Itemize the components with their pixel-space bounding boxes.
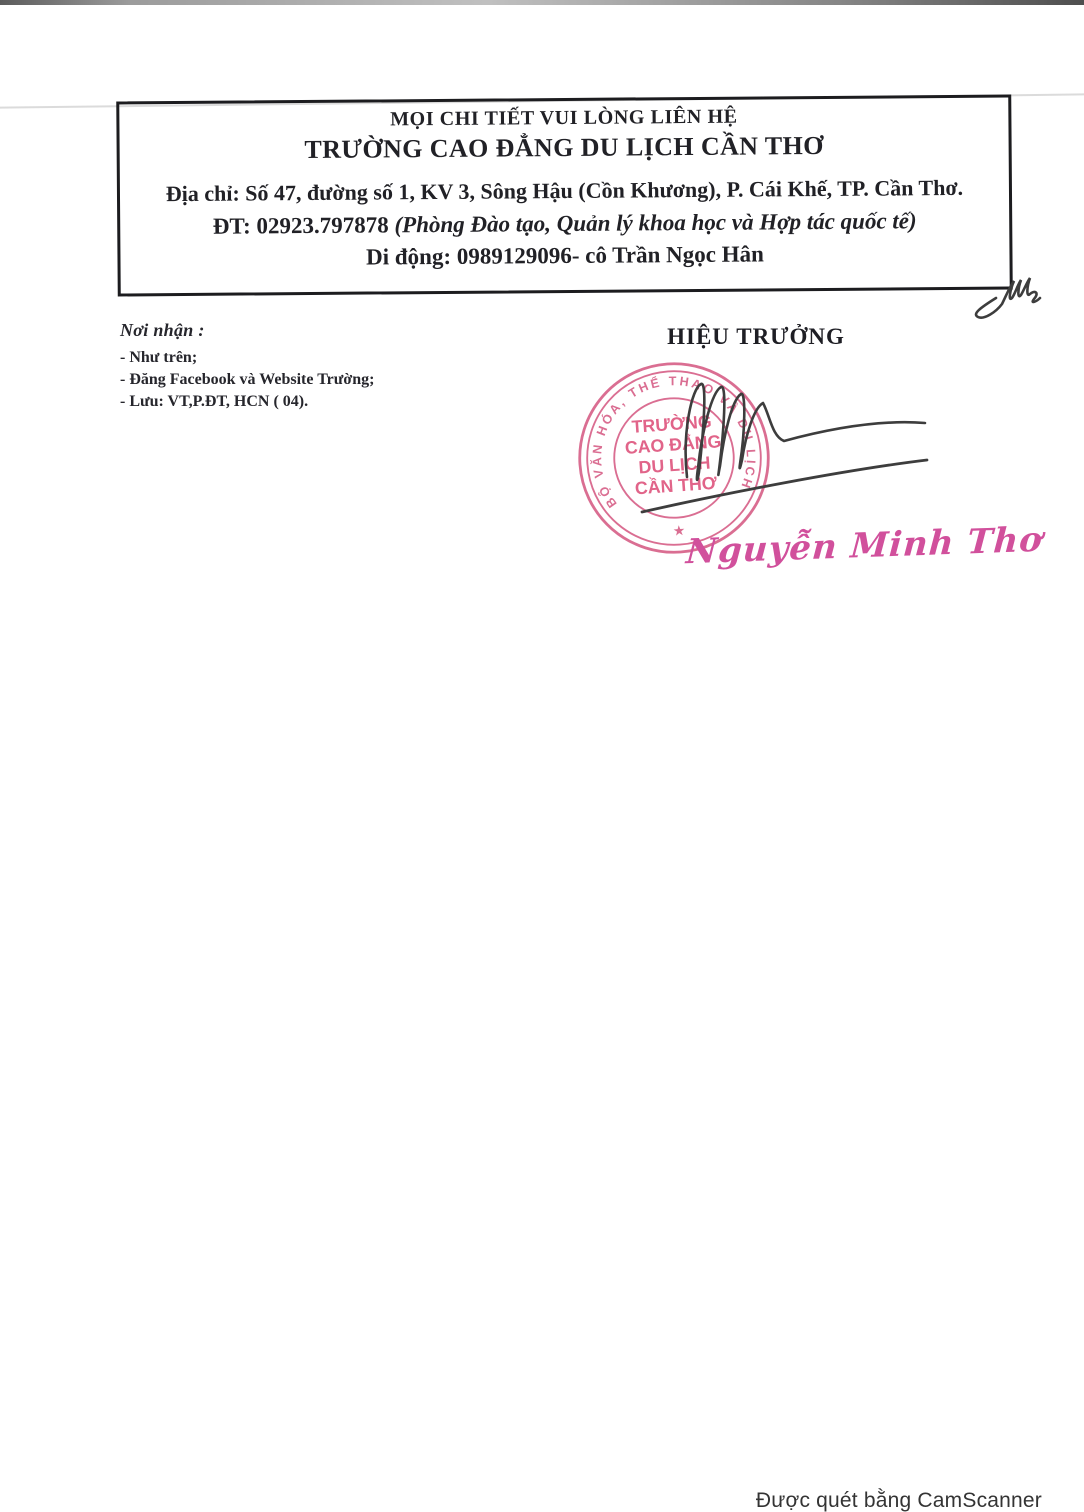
phone-line: ĐT: 02923.797878 (Phòng Đào tạo, Quản lý… bbox=[120, 208, 1009, 241]
recipients-heading: Nơi nhận : bbox=[120, 320, 374, 341]
school-name: TRƯỜNG CAO ĐẲNG DU LỊCH CẦN THƠ bbox=[120, 130, 1009, 167]
phone-number: ĐT: 02923.797878 bbox=[213, 212, 395, 238]
recipients-section: Nơi nhận : - Như trên; - Đăng Facebook v… bbox=[120, 320, 374, 413]
recipient-item: - Như trên; bbox=[120, 347, 374, 369]
signature-scribble bbox=[632, 372, 937, 527]
scanned-document-page: MỌI CHI TIẾT VUI LÒNG LIÊN HỆ TRƯỜNG CAO… bbox=[0, 0, 1084, 1512]
contact-info-box: MỌI CHI TIẾT VUI LÒNG LIÊN HỆ TRƯỜNG CAO… bbox=[116, 94, 1013, 296]
scanner-credit-text: Được quét bằng CamScanner bbox=[756, 1489, 1042, 1512]
mobile-line: Di động: 0989129096- cô Trần Ngọc Hân bbox=[120, 240, 1009, 273]
recipient-item: - Đăng Facebook và Website Trường; bbox=[120, 369, 374, 391]
recipient-item: - Lưu: VT,P.ĐT, HCN ( 04). bbox=[120, 391, 374, 413]
scan-top-edge-artifact bbox=[0, 0, 1084, 5]
contact-header-line: MỌI CHI TIẾT VUI LÒNG LIÊN HỆ bbox=[119, 104, 1008, 134]
phone-department: (Phòng Đào tạo, Quản lý khoa học và Hợp … bbox=[394, 208, 916, 237]
paraph-initials-mark bbox=[966, 268, 1056, 326]
address-line: Địa chỉ: Số 47, đường số 1, KV 3, Sông H… bbox=[120, 175, 1009, 208]
